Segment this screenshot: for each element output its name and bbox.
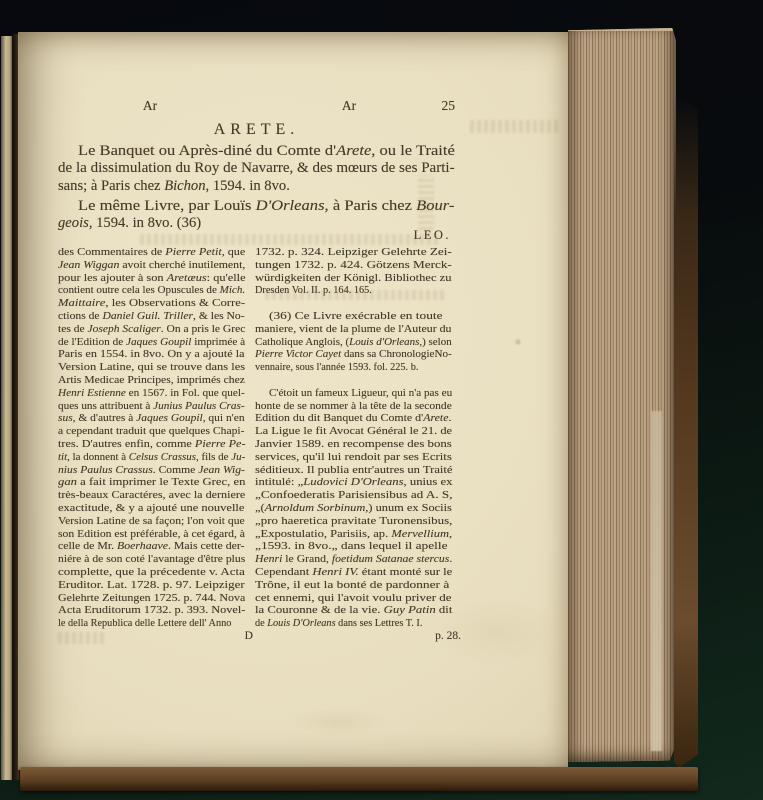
text-line: tit, la donnent à Celsus Crassus, fils d… (58, 452, 245, 465)
book-photo-scene: Ar Ar 25 ARETE. Le Banquet ou Après-diné… (0, 0, 763, 800)
page-number: 25 (442, 98, 456, 114)
text-line: vennaire, sous l'année 1593. fol. 225. b… (255, 362, 452, 375)
text-line: Jean Wiggan avoit cherché inutilement, (58, 260, 245, 273)
show-through-smudge (58, 632, 104, 644)
text-line: Edition du dit Banquet du Comte d'Arete. (255, 413, 452, 426)
text-line: gan a fait imprimer le Texte Grec, en (58, 477, 245, 490)
text-line: honte de se nommer à la tête de la secon… (255, 401, 452, 414)
show-through-smudge (470, 120, 560, 133)
section-title: ARETE. (58, 121, 455, 139)
text-line: son Edition est préférable, à cet égard,… (58, 529, 245, 542)
cover-edge-bottom (20, 767, 698, 791)
text-line: tes de Joseph Scaliger. On a pris le Gre… (58, 324, 245, 337)
running-title-left: Ar (143, 98, 157, 114)
text-line: des Commentaires de Pierre Petit, que (58, 247, 245, 260)
text-line: très-beaux Caractéres, avec la derniere (58, 490, 245, 503)
text-line: Acta Eruditorum 1732. p. 393. Novel- (58, 605, 245, 618)
text-line: C'étoit un fameux Ligueur, qui n'a pas e… (255, 388, 452, 401)
text-line: la Couronne & de la vie. Guy Patin dit (255, 605, 452, 618)
text-line: La Ligue le fit Avocat Général le 21. de (255, 426, 452, 439)
text-line: contient outre cela les Opuscules de Mic… (58, 285, 245, 298)
text-line: Le même Livre, par Louïs D'Orleans, à Pa… (58, 198, 455, 215)
text-line: Maittaire, les Observations & Corre- (58, 298, 245, 311)
text-line: Gelehrte Zeitungen 1725. p. 744. Nova (58, 593, 245, 606)
text-line: le della Republica delle Lettere dell' A… (58, 618, 245, 631)
text-line: Version Latine, qui se trouve dans les (58, 362, 245, 375)
text-line: séditieux. Il publia entr'autres un Trai… (255, 465, 452, 478)
text-line: Cependant Henri IV. étant monté sur le (255, 567, 452, 580)
text-line: cet ennemi, qui l'avoit voulu priver de (255, 593, 452, 606)
text-line: Version Latine de sa façon; l'on voit qu… (58, 516, 245, 529)
text-line: celle de Mr. Boerhaave. Mais cette der- (58, 541, 245, 554)
text-line: würdigkeiten der Königl. Bibliothec zu (255, 273, 452, 286)
text-line: ctions de Daniel Guil. Triller, & les No… (58, 311, 245, 324)
text-line: „(Arnoldum Sorbinum,) unum ex Sociis (255, 503, 452, 516)
text-line: Artis Medicae Principes, imprimés chez (58, 375, 245, 388)
running-title-right: Ar (342, 98, 356, 114)
text-line: „Confoederatis Parisiensibus ad A. S, (255, 490, 452, 503)
text-line: complette, que la précedente v. Acta (58, 567, 245, 580)
text-line: „1593. in 8vo.„ dans lequel il apelle (255, 541, 452, 554)
show-through-smudge (418, 175, 434, 230)
signature-row: D p. 28. (58, 630, 455, 645)
text-line: services, qu'il lui rendoit par ses Ecri… (255, 452, 452, 465)
text-line: de la dissimulation du Roy de Navarre, &… (58, 160, 455, 177)
text-line: niére à de son coté l'avantage d'être pl… (58, 554, 245, 567)
text-line: Paris en 1554. in 8vo. On y a ajouté la (58, 349, 245, 362)
text-line: Trône, il eut la bonté de pardonner à (255, 580, 452, 593)
text-line: Catholique Anglois, (Louis d'Orleans,) s… (255, 337, 452, 350)
text-line: sus, & d'autres à Jaques Goupil, qui n'e… (58, 413, 245, 426)
text-line: maniere, vient de la plume de l'Auteur d… (255, 324, 452, 337)
book-fore-edge (568, 28, 676, 762)
text-line: pour les ajouter à son Aretæus: qu'elle (58, 273, 245, 286)
text-line: Pierre Victor Cayet dans sa ChronologieN… (255, 349, 452, 362)
text-line: exactitude, & y a ajouté une nouvelle (58, 503, 245, 516)
text-line: Janvier 1589. en recompense des bons (255, 439, 452, 452)
text-line: (36) Ce Livre exécrable en toute (255, 311, 452, 324)
text-line: intitulé: „Ludovici D'Orleans, unius ex (255, 477, 452, 490)
text-line: tres. D'autres enfin, comme Pierre Pe- (58, 439, 245, 452)
text-line: de Louis D'Orleans dans ses Lettres T. I… (255, 618, 452, 631)
running-header: Ar Ar 25 (58, 98, 455, 116)
book-page: Ar Ar 25 ARETE. Le Banquet ou Après-diné… (18, 32, 568, 770)
signature-mark: D (245, 630, 253, 642)
show-through-smudge (265, 290, 445, 300)
left-column: des Commentaires de Pierre Petit, queJea… (58, 247, 245, 631)
text-line: 1732. p. 324. Leipziger Gelehrte Zei- (255, 247, 452, 260)
two-column-notes: des Commentaires de Pierre Petit, queJea… (58, 247, 455, 633)
text-line: sans; à Paris chez Bichon, 1594. in 8vo. (58, 178, 455, 195)
right-column: 1732. p. 324. Leipziger Gelehrte Zei-tun… (255, 247, 452, 631)
show-through-smudge (140, 234, 440, 245)
text-line: nius Paulus Crassus. Comme Jean Wig- (58, 465, 245, 478)
text-line: Eruditor. Lat. 1728. p. 97. Leipziger (58, 580, 245, 593)
text-line: Henri Estienne en 1567. in Fol. que quel… (58, 388, 245, 401)
cover-edge-right (674, 96, 698, 768)
page-reference: p. 28. (435, 630, 461, 642)
text-line: ques uns attribuent à Junius Paulus Cras… (58, 401, 245, 414)
text-line: tungen 1732. p. 424. Götzens Merck- (255, 260, 452, 273)
text-line: de l'Edition de Jaques Goupil imprimée à (58, 337, 245, 350)
lead-paragraph-1: Le Banquet ou Après-diné du Comte d'Aret… (58, 143, 455, 195)
text-line: „Expostulatio, Parisiis, ap. Mervellium, (255, 529, 452, 542)
text-line: Henri le Grand, foetidum Satanae stercus… (255, 554, 452, 567)
text-line: a cependant traduit que quelques Chapi- (58, 426, 245, 439)
text-line: Le Banquet ou Après-diné du Comte d'Aret… (58, 143, 455, 160)
text-line: „pro haeretica pravitate Turonensibus, (255, 516, 452, 529)
